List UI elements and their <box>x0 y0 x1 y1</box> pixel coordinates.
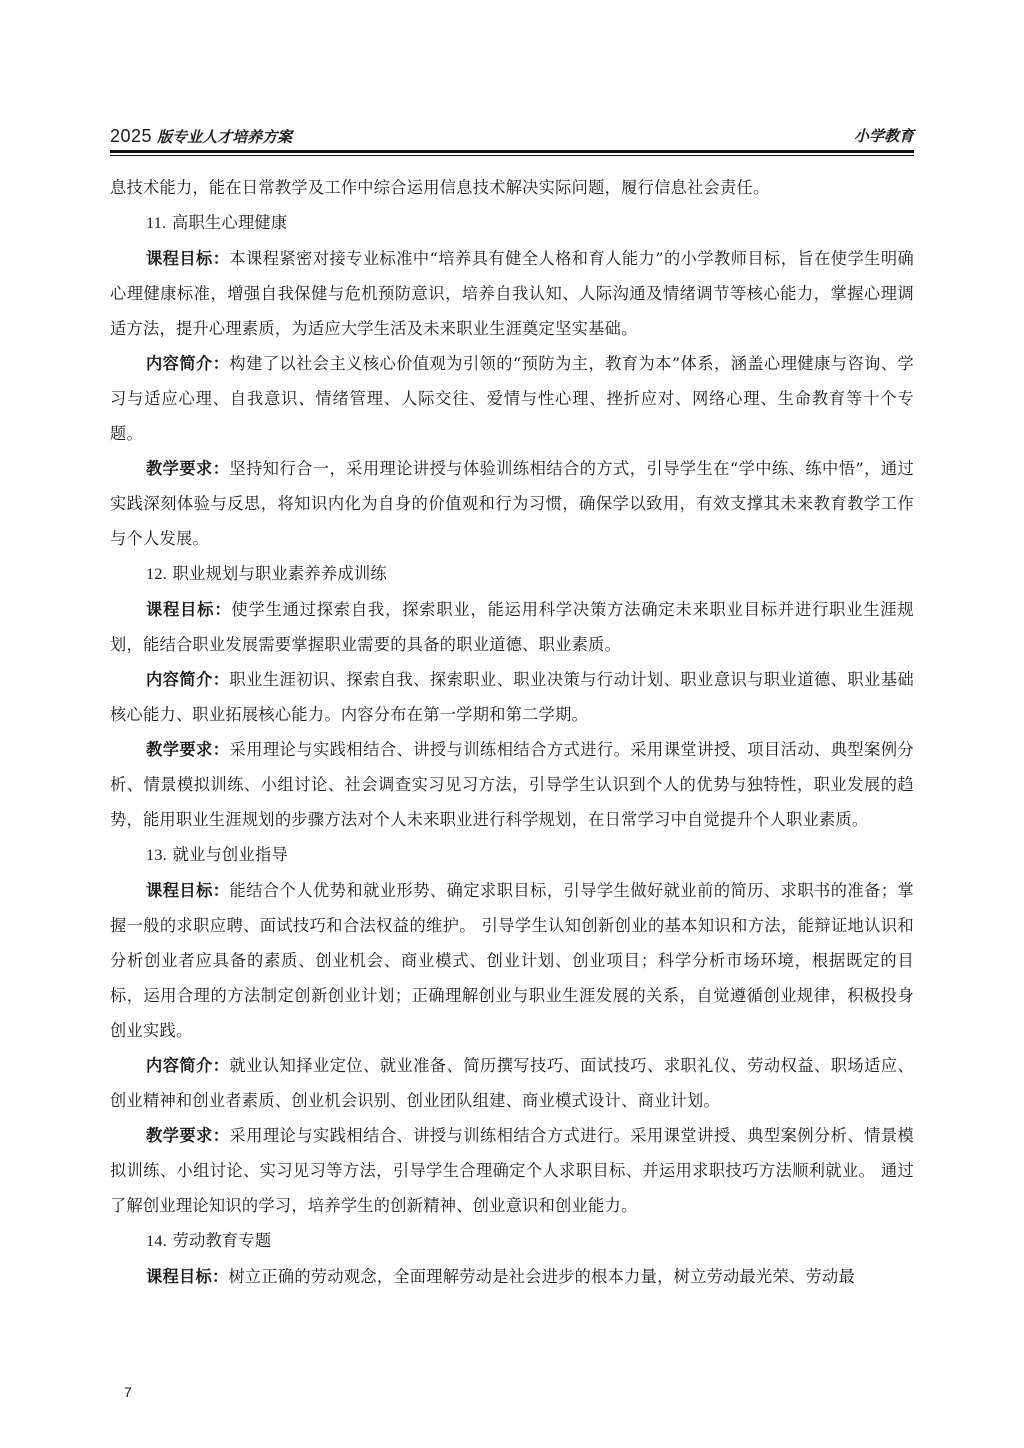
course-objective-paragraph: 课程目标：本课程紧密对接专业标准中“培养具有健全人格和育人能力”的小学教师目标，… <box>110 241 914 346</box>
section-heading-13: 13. 就业与创业指导 <box>110 837 914 873</box>
course-objective-paragraph: 课程目标：树立正确的劳动观念，全面理解劳动是社会进步的根本力量，树立劳动最光荣、… <box>110 1259 914 1294</box>
section-title: 就业与创业指导 <box>173 845 288 864</box>
header-year: 2025 <box>110 126 152 146</box>
section-heading-12: 12. 职业规划与职业素养养成训练 <box>110 556 914 592</box>
content-summary-paragraph: 内容简介：就业认知择业定位、就业准备、简历撰写技巧、面试技巧、求职礼仪、劳动权益… <box>110 1048 914 1118</box>
section-number: 11. <box>146 214 167 232</box>
header-document-title: 2025 版专业人才培养方案 <box>110 124 292 149</box>
section-heading-11: 11. 高职生心理健康 <box>110 205 914 241</box>
teaching-requirements-paragraph: 教学要求：采用理论与实践相结合、讲授与训练相结合方式进行。采用课堂讲授、典型案例… <box>110 1118 914 1223</box>
paragraph-text: 采用理论与实践相结合、讲授与训练相结合方式进行。采用课堂讲授、典型案例分析、情景… <box>110 1126 914 1215</box>
paragraph-text: 使学生通过探索自我，探索职业，能运用科学决策方法确定未来职业目标并进行职业生涯规… <box>110 600 914 654</box>
content-summary-paragraph: 内容简介：职业生涯初识、探索自我、探索职业、职业决策与行动计划、职业意识与职业道… <box>110 662 914 732</box>
section-title: 职业规划与职业素养养成训练 <box>173 564 387 583</box>
paragraph-label: 教学要求： <box>146 740 230 759</box>
section-number: 12. <box>146 565 167 583</box>
paragraph-label: 课程目标： <box>146 1267 228 1286</box>
paragraph-label: 课程目标： <box>146 600 231 619</box>
header-doc-title: 版专业人才培养方案 <box>157 128 292 146</box>
paragraph-text: 采用理论与实践相结合、讲授与训练相结合方式进行。采用课堂讲授、项目活动、典型案例… <box>110 740 914 829</box>
paragraph-text: 树立正确的劳动观念，全面理解劳动是社会进步的根本力量，树立劳动最光荣、劳动最 <box>228 1267 855 1286</box>
paragraph-text: 职业生涯初识、探索自我、探索职业、职业决策与行动计划、职业意识与职业道德、职业基… <box>110 670 914 724</box>
paragraph-label: 内容简介： <box>146 354 229 373</box>
document-body: 息技术能力，能在日常教学及工作中综合运用信息技术解决实际问题，履行信息社会责任。… <box>110 170 914 1294</box>
paragraph-label: 课程目标： <box>146 249 229 268</box>
header-rule-thin <box>110 155 914 156</box>
course-objective-paragraph: 课程目标：能结合个人优势和就业形势、确定求职目标，引导学生做好就业前的简历、求职… <box>110 873 914 1048</box>
paragraph-text: 构建了以社会主义核心价值观为引领的“预防为主，教育为本”体系，涵盖心理健康与咨询… <box>110 354 914 443</box>
paragraph-label: 内容简介： <box>146 1056 230 1075</box>
section-heading-14: 14. 劳动教育专题 <box>110 1223 914 1259</box>
paragraph-label: 课程目标： <box>146 881 230 900</box>
page-header: 2025 版专业人才培养方案 小学教育 <box>110 124 914 150</box>
paragraph-text: 本课程紧密对接专业标准中“培养具有健全人格和育人能力”的小学教师目标，旨在使学生… <box>110 249 914 338</box>
teaching-requirements-paragraph: 教学要求：采用理论与实践相结合、讲授与训练相结合方式进行。采用课堂讲授、项目活动… <box>110 732 914 837</box>
continuation-paragraph: 息技术能力，能在日常教学及工作中综合运用信息技术解决实际问题，履行信息社会责任。 <box>110 170 914 205</box>
paragraph-label: 教学要求： <box>146 459 229 478</box>
page-number: 7 <box>124 1384 132 1400</box>
paragraph-text: 就业认知择业定位、就业准备、简历撰写技巧、面试技巧、求职礼仪、劳动权益、职场适应… <box>110 1056 914 1110</box>
content-summary-paragraph: 内容简介：构建了以社会主义核心价值观为引领的“预防为主，教育为本”体系，涵盖心理… <box>110 346 914 451</box>
course-objective-paragraph: 课程目标：使学生通过探索自我，探索职业，能运用科学决策方法确定未来职业目标并进行… <box>110 592 914 662</box>
paragraph-text: 坚持知行合一，采用理论讲授与体验训练相结合的方式，引导学生在“学中练、练中悟”，… <box>110 459 914 548</box>
paragraph-label: 教学要求： <box>146 1126 230 1145</box>
section-number: 13. <box>146 846 167 864</box>
section-title: 高职生心理健康 <box>172 213 287 232</box>
section-title: 劳动教育专题 <box>173 1231 272 1250</box>
paragraph-label: 内容简介： <box>146 670 230 689</box>
header-major: 小学教育 <box>854 124 914 148</box>
paragraph-text: 能结合个人优势和就业形势、确定求职目标，引导学生做好就业前的简历、求职书的准备；… <box>110 881 914 1040</box>
section-number: 14. <box>146 1232 167 1250</box>
teaching-requirements-paragraph: 教学要求：坚持知行合一，采用理论讲授与体验训练相结合的方式，引导学生在“学中练、… <box>110 451 914 556</box>
header-rule-thick <box>110 150 914 153</box>
